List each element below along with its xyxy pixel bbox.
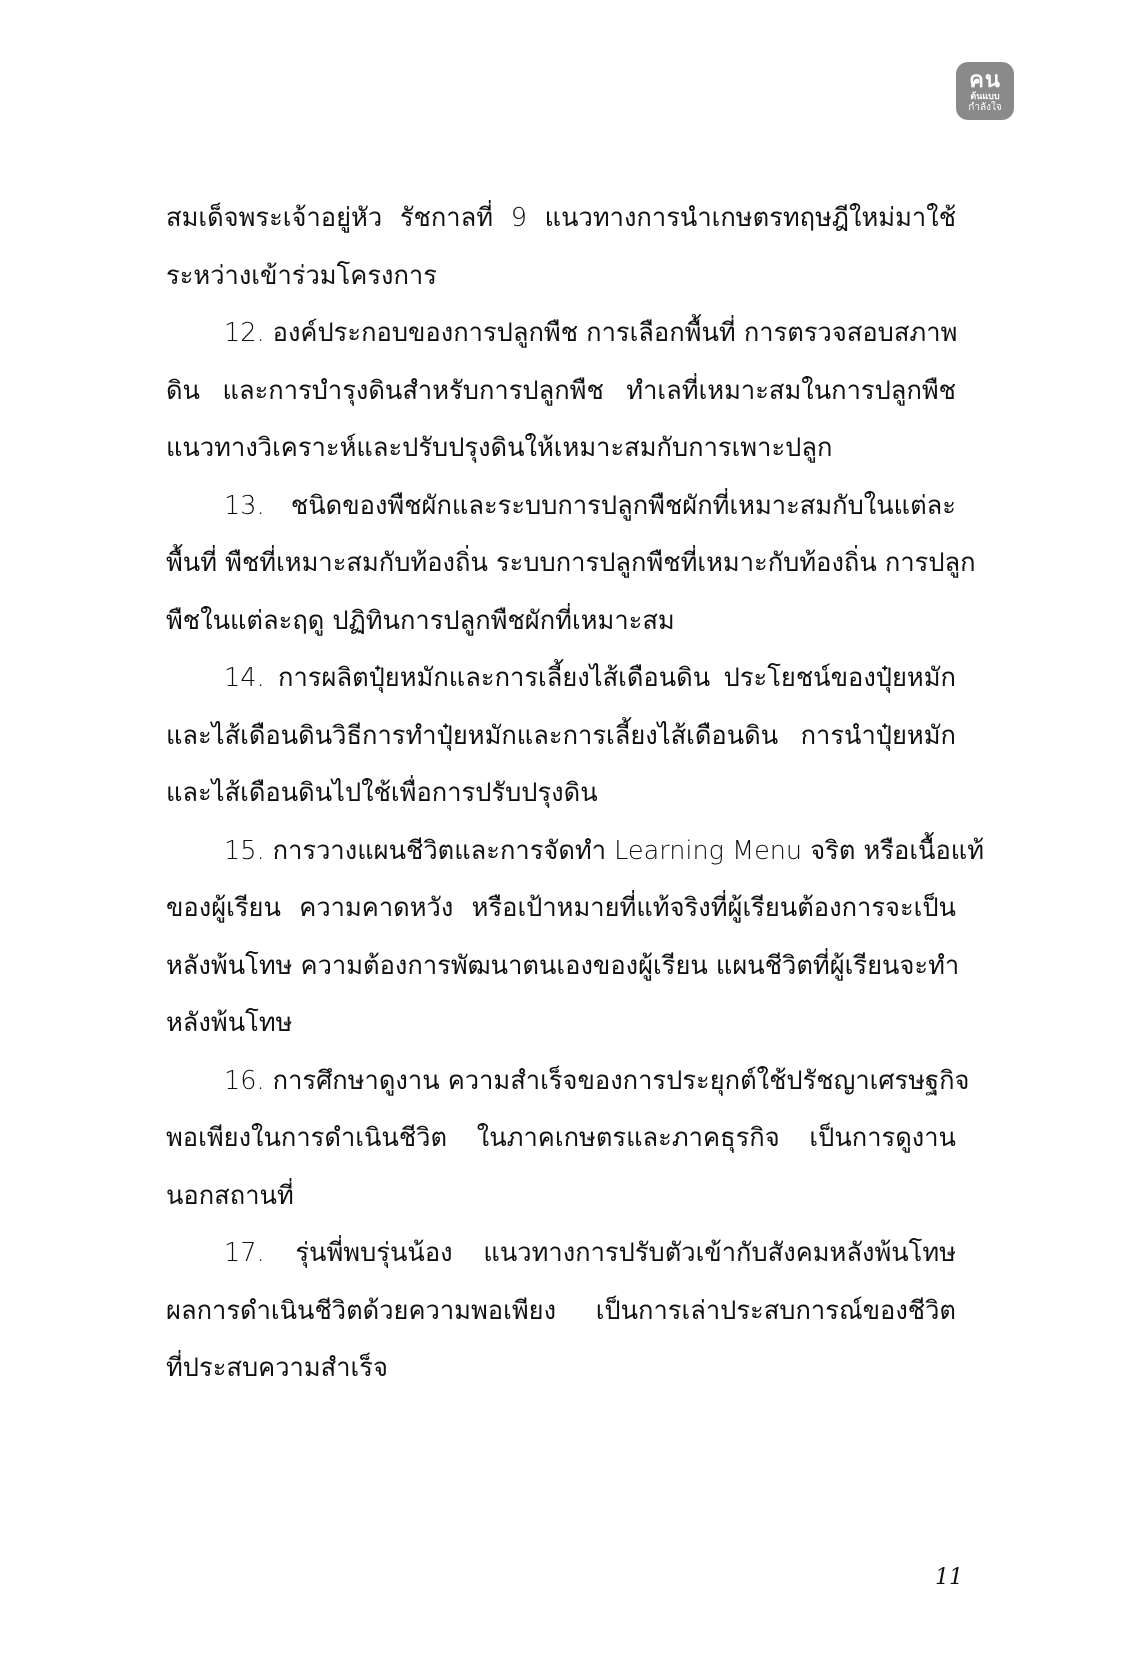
text-line: พืชในแต่ละฤดู ปฏิทินการปลูกพืชผักที่เหมา… (166, 593, 956, 651)
text-line: 13. ชนิดของพืชผักและระบบการปลูกพืชผักที่… (166, 478, 956, 536)
text-line: ดิน และการบำรุงดินสำหรับการปลูกพืช ทำเลท… (166, 363, 956, 421)
paragraph-item-15: 15. การวางแผนชีวิตและการจัดทำ Learning M… (166, 823, 956, 1053)
paragraph-item-14: 14. การผลิตปุ๋ยหมักและการเลี้ยงไส้เดือนด… (166, 650, 956, 823)
text-line: ของผู้เรียน ความคาดหวัง หรือเป้าหมายที่แ… (166, 880, 956, 938)
logo-line-1: คน (969, 70, 1001, 92)
paragraph-item-12: 12. องค์ประกอบของการปลูกพืช การเลือกพื้น… (166, 305, 956, 478)
kon-tonbaep-kamlangjai-logo: คน ต้นแบบ กำลังใจ (956, 62, 1014, 120)
paragraph-item-13: 13. ชนิดของพืชผักและระบบการปลูกพืชผักที่… (166, 478, 956, 651)
text-line: และไส้เดือนดินไปใช้เพื่อการปรับปรุงดิน (166, 765, 956, 823)
logo-line-3: กำลังใจ (968, 103, 1001, 113)
text-line: นอกสถานที่ (166, 1168, 956, 1226)
text-line: ที่ประสบความสำเร็จ (166, 1340, 956, 1398)
text-line: ระหว่างเข้าร่วมโครงการ (166, 248, 956, 306)
document-page: คน ต้นแบบ กำลังใจ สมเด็จพระเจ้าอยู่หัว ร… (0, 0, 1126, 1654)
text-line: 12. องค์ประกอบของการปลูกพืช การเลือกพื้น… (166, 305, 956, 363)
text-line: 14. การผลิตปุ๋ยหมักและการเลี้ยงไส้เดือนด… (166, 650, 956, 708)
paragraph-item-16: 16. การศึกษาดูงาน ความสำเร็จของการประยุก… (166, 1053, 956, 1226)
page-number: 11 (935, 1565, 963, 1590)
text-line: 17. รุ่นพี่พบรุ่นน้อง แนวทางการปรับตัวเข… (166, 1225, 956, 1283)
text-line: พอเพียงในการดำเนินชีวิต ในภาคเกษตรและภาค… (166, 1110, 956, 1168)
text-line: แนวทางวิเคราะห์และปรับปรุงดินให้เหมาะสมก… (166, 420, 956, 478)
text-line: ผลการดำเนินชีวิตด้วยความพอเพียง เป็นการเ… (166, 1283, 956, 1341)
paragraph-item-17: 17. รุ่นพี่พบรุ่นน้อง แนวทางการปรับตัวเข… (166, 1225, 956, 1398)
logo-line-2: ต้นแบบ (970, 93, 999, 102)
body-text: สมเด็จพระเจ้าอยู่หัว รัชกาลที่ 9 แนวทางก… (166, 190, 956, 1398)
text-line: สมเด็จพระเจ้าอยู่หัว รัชกาลที่ 9 แนวทางก… (166, 190, 956, 248)
paragraph-continuation: สมเด็จพระเจ้าอยู่หัว รัชกาลที่ 9 แนวทางก… (166, 190, 956, 305)
text-line: 16. การศึกษาดูงาน ความสำเร็จของการประยุก… (166, 1053, 956, 1111)
text-line: หลังพ้นโทษ ความต้องการพัฒนาตนเองของผู้เร… (166, 938, 956, 996)
text-line: หลังพ้นโทษ (166, 995, 956, 1053)
text-line: และไส้เดือนดินวิธีการทำปุ๋ยหมักและการเลี… (166, 708, 956, 766)
text-line: 15. การวางแผนชีวิตและการจัดทำ Learning M… (166, 823, 956, 881)
text-line: พื้นที่ พืชที่เหมาะสมกับท้องถิ่น ระบบการ… (166, 535, 956, 593)
